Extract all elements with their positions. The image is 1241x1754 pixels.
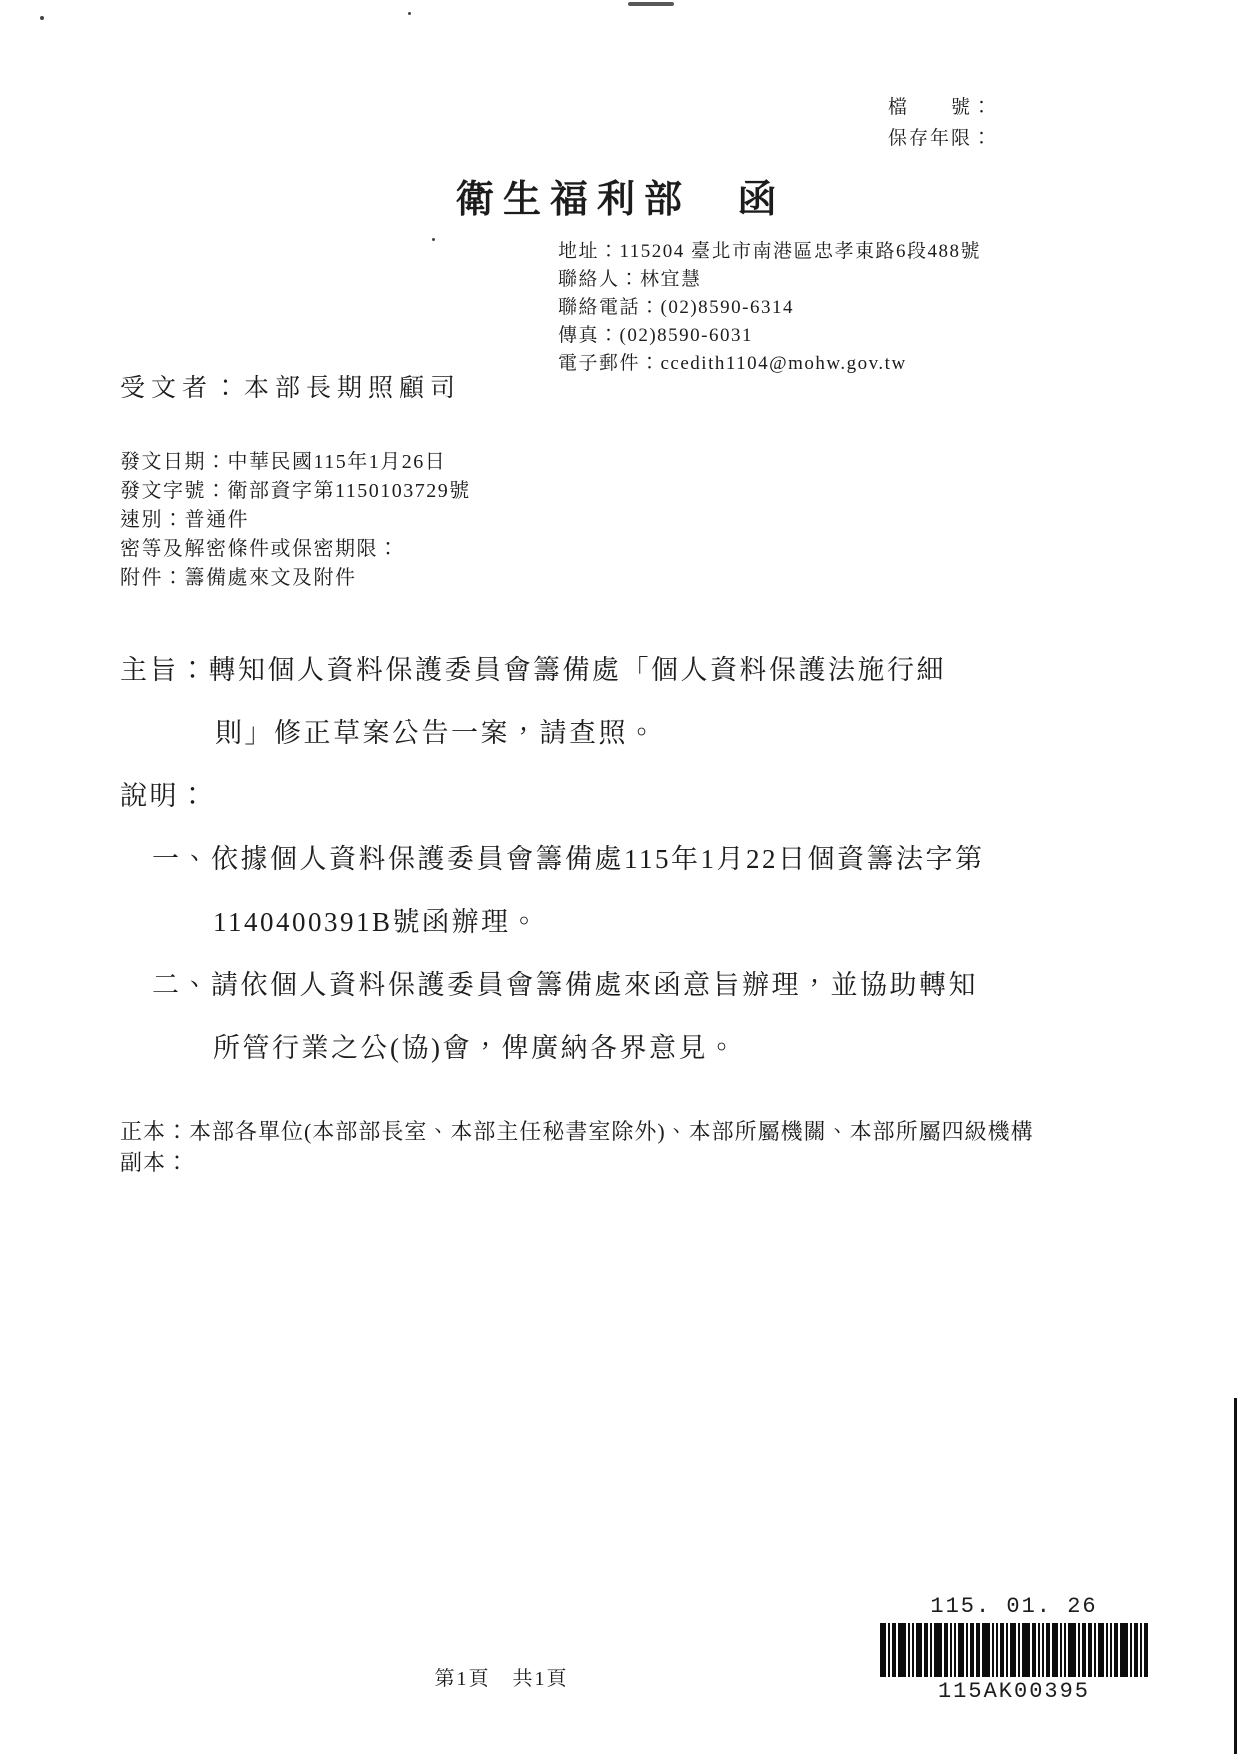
dispatch-meta-block: 發文日期：中華民國115年1月26日 發文字號：衛部資字第1150103729號… [120,448,471,593]
scan-speck [408,12,411,15]
scan-speck [40,16,44,20]
scan-speck [432,238,435,241]
dispatch-doc-number: 發文字號：衛部資字第1150103729號 [120,477,471,506]
contact-person: 聯絡人：林宜慧 [558,266,981,294]
dispatch-attachment: 附件：籌備處來文及附件 [120,564,471,593]
dispatch-security: 密等及解密條件或保密期限： [120,535,471,564]
contact-block: 地址：115204 臺北市南港區忠孝東路6段488號 聯絡人：林宜慧 聯絡電話：… [558,238,981,378]
description-label: 說明： [120,774,209,813]
scan-artifact-edge-line [1234,1398,1237,1754]
dispatch-speed: 速別：普通件 [120,506,471,535]
retention-label: 保存年限： [888,123,993,154]
contact-phone: 聯絡電話：(02)8590-6314 [558,294,981,322]
subject-line-2: 則」修正草案公告一案，請查照。 [215,711,658,750]
stamp-date: 115. 01. 26 [880,1594,1148,1619]
recipient-line: 受文者：本部長期照顧司 [120,368,461,404]
official-letter-page: 檔 號： 保存年限： 衛生福利部 函 地址：115204 臺北市南港區忠孝東路6… [0,0,1241,1754]
contact-fax: 傳真：(02)8590-6031 [558,322,981,350]
distribution-block: 正本：本部各單位(本部部長室、本部主任秘書室除外)、本部所屬機關、本部所屬四級機… [120,1116,1034,1178]
file-no-label: 檔 號： [888,92,993,123]
item1-line-1: 一、依據個人資料保護委員會籌備處115年1月22日個資籌法字第 [152,837,985,876]
distribution-original: 正本：本部各單位(本部部長室、本部主任秘書室除外)、本部所屬機關、本部所屬四級機… [120,1116,1034,1147]
file-number-block: 檔 號： 保存年限： [888,92,993,154]
dispatch-date: 發文日期：中華民國115年1月26日 [120,448,471,477]
subject-line-1: 主旨：轉知個人資料保護委員會籌備處「個人資料保護法施行細 [120,648,946,687]
distribution-copy: 副本： [120,1147,1034,1178]
scan-artifact-top-mark [628,2,674,6]
item2-line-1: 二、請依個人資料保護委員會籌備處來函意旨辦理，並協助轉知 [152,963,978,1002]
document-title: 衛生福利部 函 [0,168,1241,223]
contact-address: 地址：115204 臺北市南港區忠孝東路6段488號 [558,238,981,266]
page-footer: 第1頁 共1頁 [0,1662,1003,1691]
item1-line-2: 1140400391B號函辦理。 [213,900,540,939]
contact-email: 電子郵件：ccedith1104@mohw.gov.tw [558,350,981,378]
item2-line-2: 所管行業之公(協)會，俾廣納各界意見。 [213,1026,737,1065]
